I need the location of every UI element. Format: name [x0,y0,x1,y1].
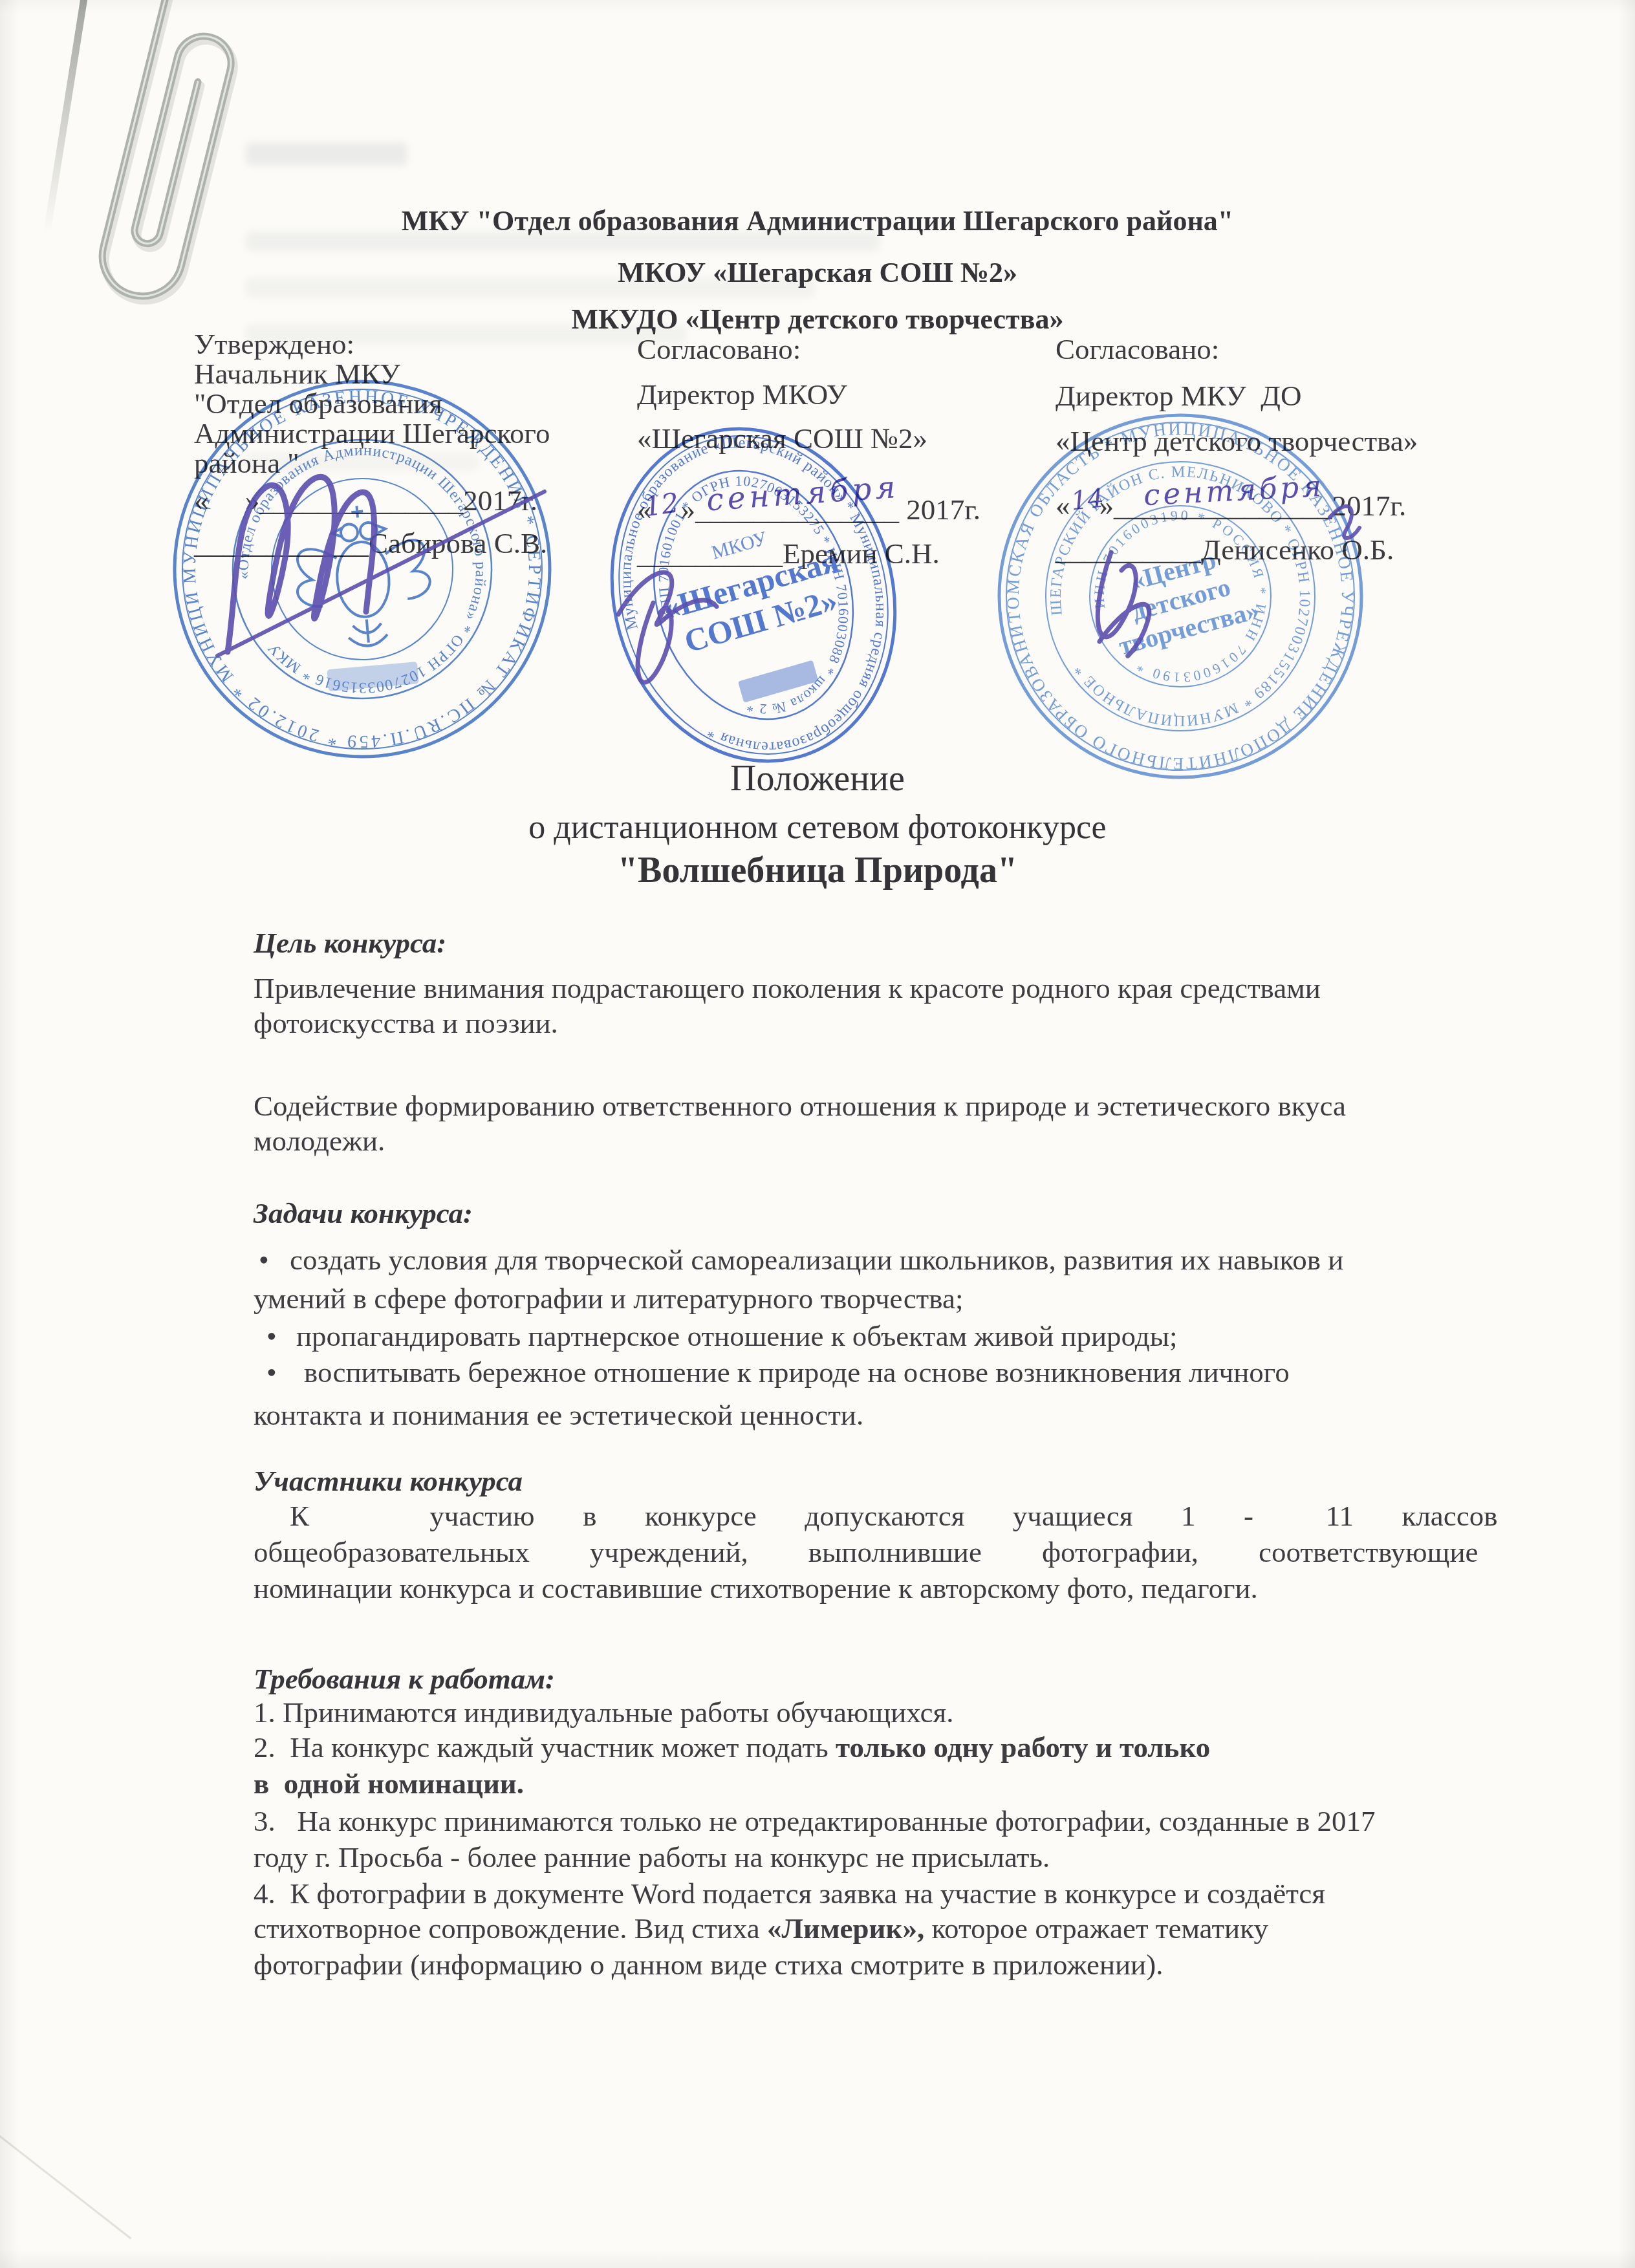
signature-denisenko-tail [1330,506,1359,538]
section-heading-goal: Цель конкурса: [254,926,446,960]
requirement-item-4-line-2: стихотворное сопровождение. Вид стиха «Л… [254,1912,1268,1945]
bullet-icon: • [259,1243,269,1277]
document-title-line-2: о дистанционном сетевом фотоконкурсе [0,808,1635,847]
goal-paragraph-line: фотоискусства и поэзии. [254,1006,558,1040]
requirement-item-2-line-1: 2. На конкурс каждый участник может пода… [254,1731,1210,1764]
requirement-item-4-line-1: 4. К фотографии в документе Word подаетс… [254,1877,1325,1910]
section-heading-tasks: Задачи конкурса: [254,1196,473,1230]
task-bullet-line: воспитывать бережное отношение к природе… [304,1355,1290,1389]
participants-line: К участию в конкурсе допускаются учащиес… [290,1499,1498,1533]
task-bullet-line: умений в сфере фотографии и литературног… [254,1282,963,1315]
task-bullet-line: контакта и понимания ее эстетической цен… [254,1398,863,1432]
section-heading-requirements: Требования к работам: [254,1662,555,1696]
bullet-icon: • [266,1319,277,1353]
requirement-item-2-bold: только одну работу и только [836,1731,1210,1764]
requirement-item-4-post: которое отражает тематику [924,1912,1268,1945]
signature-sabirova [228,477,374,652]
section-heading-participants: Участники конкурса [254,1464,523,1498]
requirement-item-3-line-1: 3. На конкурс принимаются только не отре… [254,1804,1376,1838]
requirement-item-3-line-2: году г. Просьба - более ранние работы на… [254,1841,1050,1874]
signature-denisenko-loop [1099,604,1149,656]
participants-line: общеобразовательных учреждений, выполнив… [254,1535,1478,1569]
requirement-item-1: 1. Принимаются индивидуальные работы обу… [254,1696,953,1729]
document-title-line-1: Положение [0,758,1635,799]
signature-denisenko [1098,552,1136,637]
goal-paragraph-line: Привлечение внимания подрастающего покол… [254,971,1321,1005]
requirement-item-4-pre: стихотворное сопровождение. Вид стиха [254,1912,767,1945]
requirement-item-2-line-2: в одной номинации. [254,1767,524,1800]
document-title-line-3: "Волшебница Природа" [0,850,1635,891]
task-bullet-line: пропагандировать партнерское отношение к… [296,1319,1177,1353]
requirement-item-4-bold: «Лимерик», [767,1912,924,1945]
scanned-document-page: МКУ "Отдел образования Администрации Шег… [0,0,1635,2268]
goal-paragraph-line: молодежи. [254,1124,385,1158]
goal-paragraph-line: Содействие формированию ответственного о… [254,1089,1346,1123]
task-bullet-line: создать условия для творческой самореали… [290,1243,1343,1277]
signature-sabirova-flourish [217,491,545,656]
bullet-icon: • [266,1355,277,1389]
requirement-item-4-line-3: фотографии (информацию о данном виде сти… [254,1948,1163,1982]
signature-eremin [618,572,717,625]
requirement-item-2-normal: 2. На конкурс каждый участник может пода… [254,1731,836,1764]
participants-line: номинации конкурса и составившие стихотв… [254,1571,1258,1605]
